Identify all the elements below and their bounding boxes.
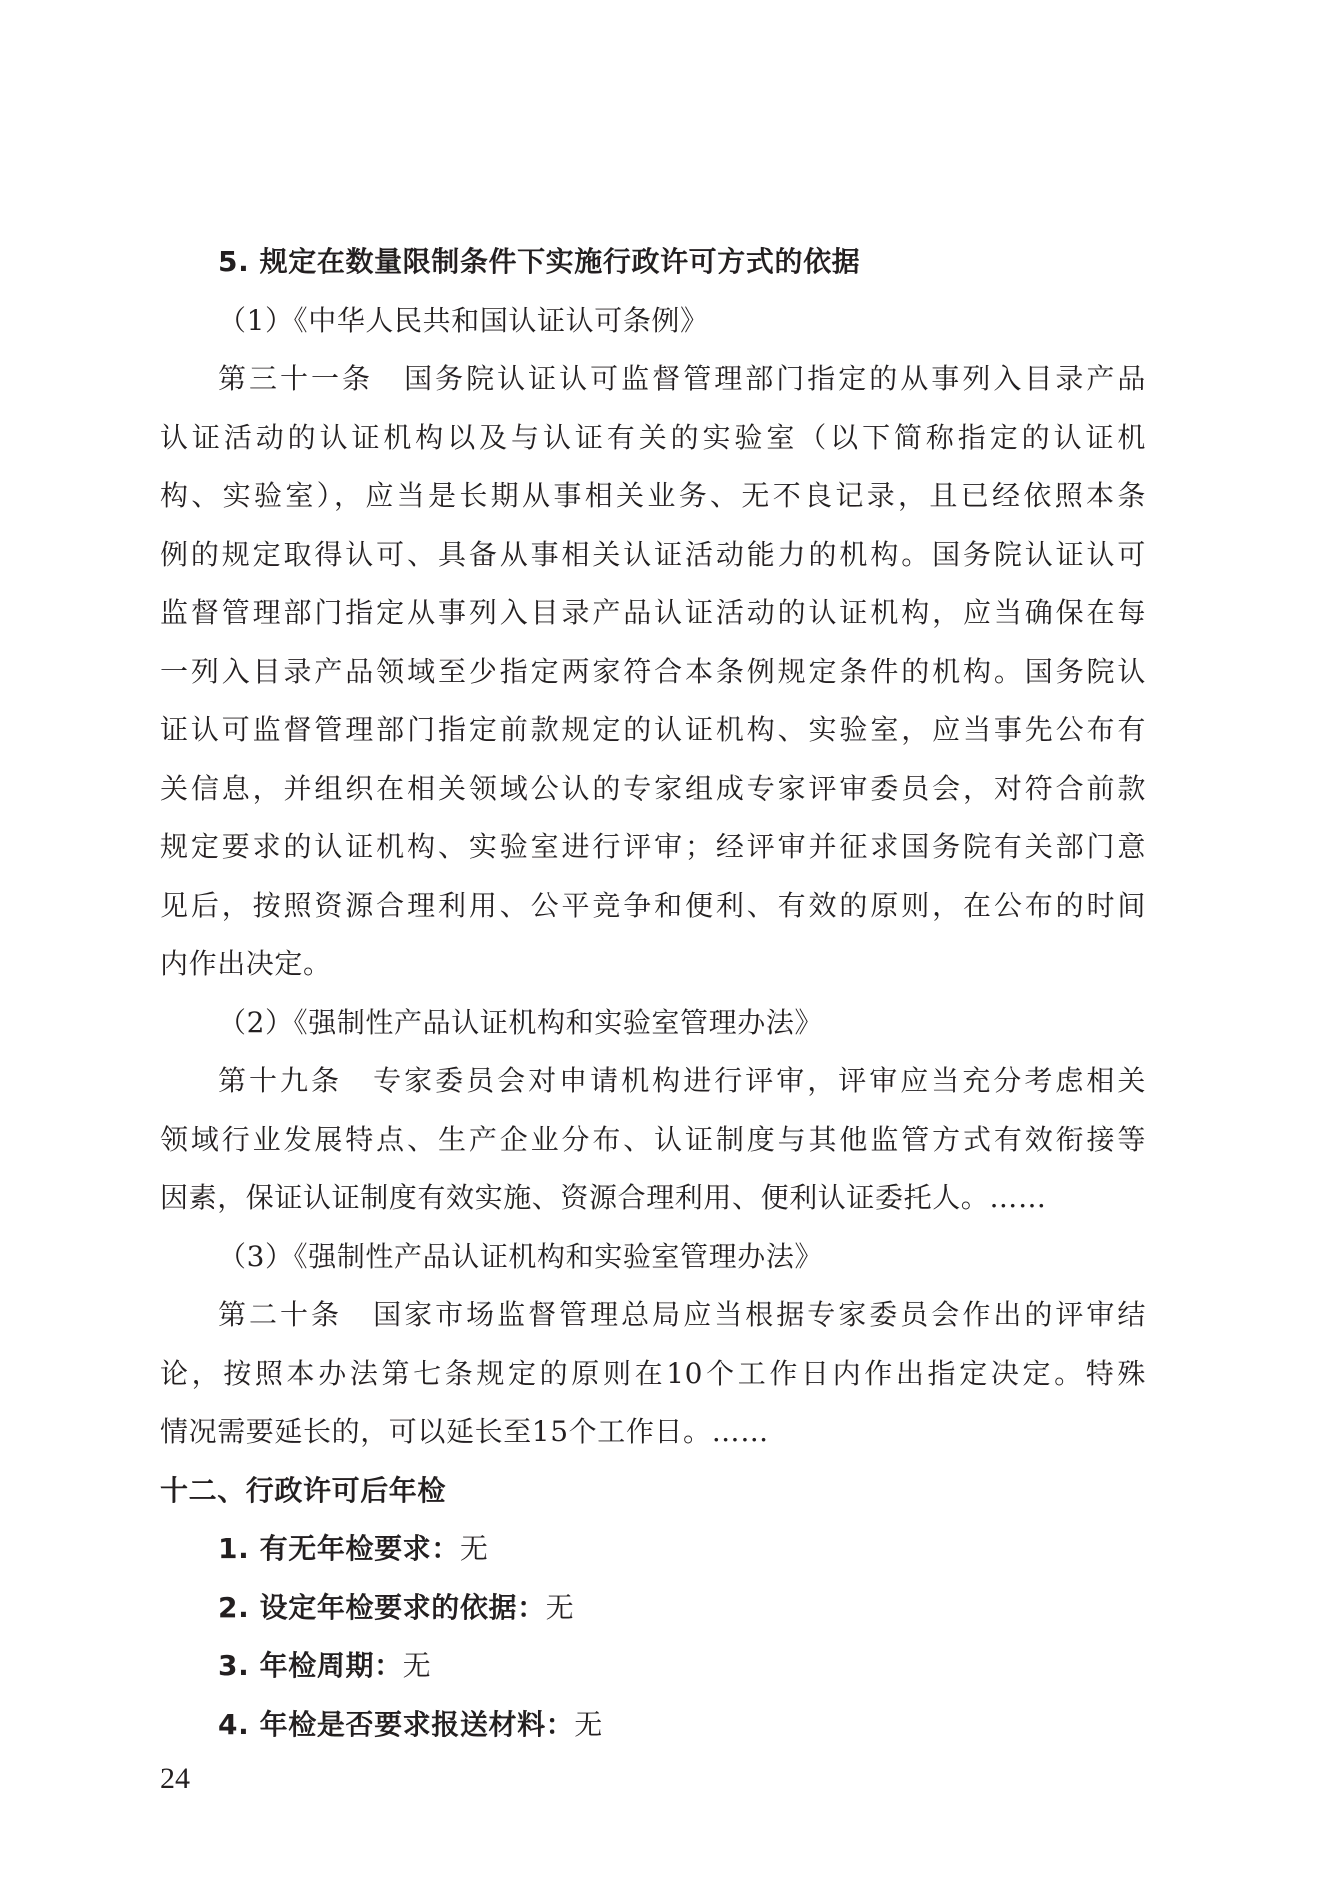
article-31-line: 规定要求的认证机构、实验室进行评审；经评审并征求国务院有关部门意 bbox=[160, 818, 1146, 877]
article-31-line: 见后，按照资源合理利用、公平竞争和便利、有效的原则，在公布的时间 bbox=[160, 877, 1146, 936]
article-31-line: 证认可监督管理部门指定前款规定的认证机构、实验室，应当事先公布有 bbox=[160, 701, 1146, 760]
article-20-line: 论，按照本办法第七条规定的原则在10个工作日内作出指定决定。特殊 bbox=[160, 1345, 1146, 1404]
annual-check-item: 4. 年检是否要求报送材料：无 bbox=[160, 1696, 1146, 1755]
article-31-line: 第三十一条 国务院认证认可监督管理部门指定的从事列入目录产品 bbox=[160, 350, 1146, 409]
annual-check-item: 3. 年检周期：无 bbox=[160, 1637, 1146, 1696]
section-5-heading: 5. 规定在数量限制条件下实施行政许可方式的依据 bbox=[160, 233, 1146, 292]
section-12-heading: 十二、行政许可后年检 bbox=[160, 1462, 1146, 1521]
page-number: 24 bbox=[160, 1762, 190, 1796]
article-20-line: 情况需要延长的，可以延长至15个工作日。…… bbox=[160, 1403, 1146, 1462]
item-label: 4. 年检是否要求报送材料： bbox=[218, 1708, 574, 1741]
item-label: 3. 年检周期： bbox=[218, 1649, 403, 1682]
item-value: 无 bbox=[403, 1649, 432, 1682]
article-31-line: 例的规定取得认可、具备从事相关认证活动能力的机构。国务院认证认可 bbox=[160, 526, 1146, 585]
article-31-line: 构、实验室），应当是长期从事相关业务、无不良记录，且已经依照本条 bbox=[160, 467, 1146, 526]
article-19-line: 领域行业发展特点、生产企业分布、认证制度与其他监管方式有效衔接等 bbox=[160, 1111, 1146, 1170]
source-3-title: （3）《强制性产品认证机构和实验室管理办法》 bbox=[160, 1228, 1146, 1287]
item-label: 2. 设定年检要求的依据： bbox=[218, 1591, 546, 1624]
source-2-title: （2）《强制性产品认证机构和实验室管理办法》 bbox=[160, 994, 1146, 1053]
article-31-line: 内作出决定。 bbox=[160, 935, 1146, 994]
item-value: 无 bbox=[574, 1708, 603, 1741]
article-31-line: 关信息，并组织在相关领域公认的专家组成专家评审委员会，对符合前款 bbox=[160, 760, 1146, 819]
annual-check-item: 1. 有无年检要求：无 bbox=[160, 1520, 1146, 1579]
article-31-line: 一列入目录产品领域至少指定两家符合本条例规定条件的机构。国务院认 bbox=[160, 643, 1146, 702]
document-page: 5. 规定在数量限制条件下实施行政许可方式的依据 （1）《中华人民共和国认证认可… bbox=[160, 233, 1146, 1754]
article-20-line: 第二十条 国家市场监督管理总局应当根据专家委员会作出的评审结 bbox=[160, 1286, 1146, 1345]
annual-check-item: 2. 设定年检要求的依据：无 bbox=[160, 1579, 1146, 1638]
item-label: 1. 有无年检要求： bbox=[218, 1532, 460, 1565]
article-31-line: 认证活动的认证机构以及与认证有关的实验室（以下简称指定的认证机 bbox=[160, 409, 1146, 468]
item-value: 无 bbox=[546, 1591, 575, 1624]
source-1-title: （1）《中华人民共和国认证认可条例》 bbox=[160, 292, 1146, 351]
item-value: 无 bbox=[460, 1532, 489, 1565]
article-19-line: 因素，保证认证制度有效实施、资源合理利用、便利认证委托人。…… bbox=[160, 1169, 1146, 1228]
article-31-line: 监督管理部门指定从事列入目录产品认证活动的认证机构，应当确保在每 bbox=[160, 584, 1146, 643]
article-19-line: 第十九条 专家委员会对申请机构进行评审，评审应当充分考虑相关 bbox=[160, 1052, 1146, 1111]
